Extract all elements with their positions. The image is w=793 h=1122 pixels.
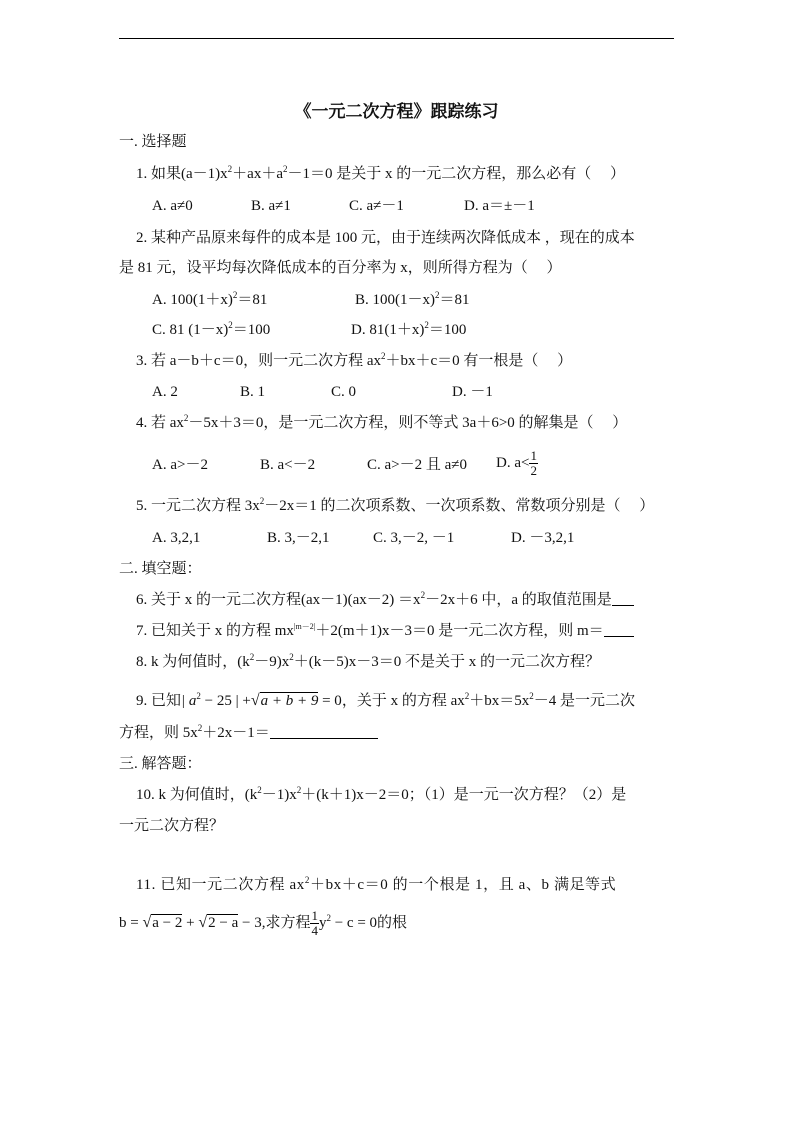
q5-option-c: C. 3,－2, －1: [373, 528, 454, 548]
question-7: 7. 已知关于 x 的方程 mx|m－2|＋2(m＋1)x－3＝0 是一元二次方…: [136, 621, 634, 641]
q1-option-d: D. a＝±－1: [464, 196, 535, 216]
q3-option-c: C. 0: [331, 382, 356, 402]
question-6: 6. 关于 x 的一元二次方程(ax－1)(ax－2) ＝x2－2x＋6 中，a…: [136, 590, 634, 610]
answer-blank[interactable]: [612, 591, 634, 606]
q1-option-a: A. a≠0: [152, 196, 193, 216]
question-3: 3. 若 a－b＋c＝0，则一元二次方程 ax2＋bx＋c＝0 有一根是（ ）: [136, 351, 572, 371]
q5-option-a: A. 3,2,1: [152, 528, 200, 548]
q5-option-b: B. 3,－2,1: [267, 528, 330, 548]
answer-blank[interactable]: [604, 622, 634, 637]
q5-option-d: D. －3,2,1: [511, 528, 574, 548]
section-heading-choice: 一. 选择题: [119, 132, 187, 152]
question-10-line1: 10. k 为何值时，(k2－1)x2＋(k＋1)x－2＝0；（1）是一元一次方…: [136, 785, 626, 805]
fraction-one-half: 12: [529, 449, 538, 478]
question-4: 4. 若 ax2－5x＋3＝0，是一元二次方程，则不等式 3a＋6>0 的解集是…: [136, 413, 627, 433]
question-11-line1: 11. 已知一元二次方程 ax2＋bx＋c＝0 的一个根是 1，且 a、b 满足…: [136, 875, 616, 895]
q4-option-a: A. a>－2: [152, 455, 208, 475]
question-9-line2: 方程，则 5x2＋2x－1＝: [119, 723, 378, 743]
question-5: 5. 一元二次方程 3x2－2x＝1 的二次项系数、一次项系数、常数项分别是（ …: [136, 496, 654, 516]
answer-blank[interactable]: [270, 724, 378, 739]
question-1: 1. 如果(a－1)x2＋ax＋a2－1＝0 是关于 x 的一元二次方程，那么必…: [136, 164, 625, 184]
q2-option-a: A. 100(1＋x)2＝81: [152, 290, 267, 310]
fraction-one-quarter: 14: [310, 909, 319, 938]
q1-option-b: B. a≠1: [251, 196, 291, 216]
q2-option-c: C. 81 (1－x)2＝100: [152, 320, 270, 340]
q3-option-a: A. 2: [152, 382, 178, 402]
q4-option-c: C. a>－2 且 a≠0: [367, 455, 467, 475]
q3-option-d: D. －1: [452, 382, 493, 402]
page-title: 《一元二次方程》跟踪练习: [0, 97, 793, 122]
question-9-line1: 9. 已知| a2 − 25 | +√a + b + 9 = 0，关于 x 的方…: [136, 691, 635, 711]
q3-option-b: B. 1: [240, 382, 265, 402]
question-8: 8. k 为何值时，(k2－9)x2＋(k－5)x－3＝0 不是关于 x 的一元…: [136, 652, 600, 672]
q2-option-d: D. 81(1＋x)2＝100: [351, 320, 466, 340]
q2-option-b: B. 100(1－x)2＝81: [355, 290, 470, 310]
section-heading-solve: 三. 解答题：: [119, 754, 202, 774]
q1-option-c: C. a≠－1: [349, 196, 404, 216]
header-rule: [119, 38, 674, 39]
question-10-line2: 一元二次方程？: [119, 816, 224, 836]
q4-option-b: B. a<－2: [260, 455, 315, 475]
q4-option-d: D. a<12: [496, 445, 538, 481]
question-2-line1: 2. 某种产品原来每件的成本是 100 元，由于连续两次降低成本 ，现在的成本: [136, 228, 635, 248]
question-2-line2: 是 81 元，设平均每次降低成本的百分率为 x，则所得方程为（ ）: [119, 258, 562, 278]
section-heading-fill: 二. 填空题：: [119, 559, 202, 579]
question-11-line2: b = √a − 2 + √2 − a − 3,求方程14y2 − c = 0的…: [119, 905, 407, 941]
